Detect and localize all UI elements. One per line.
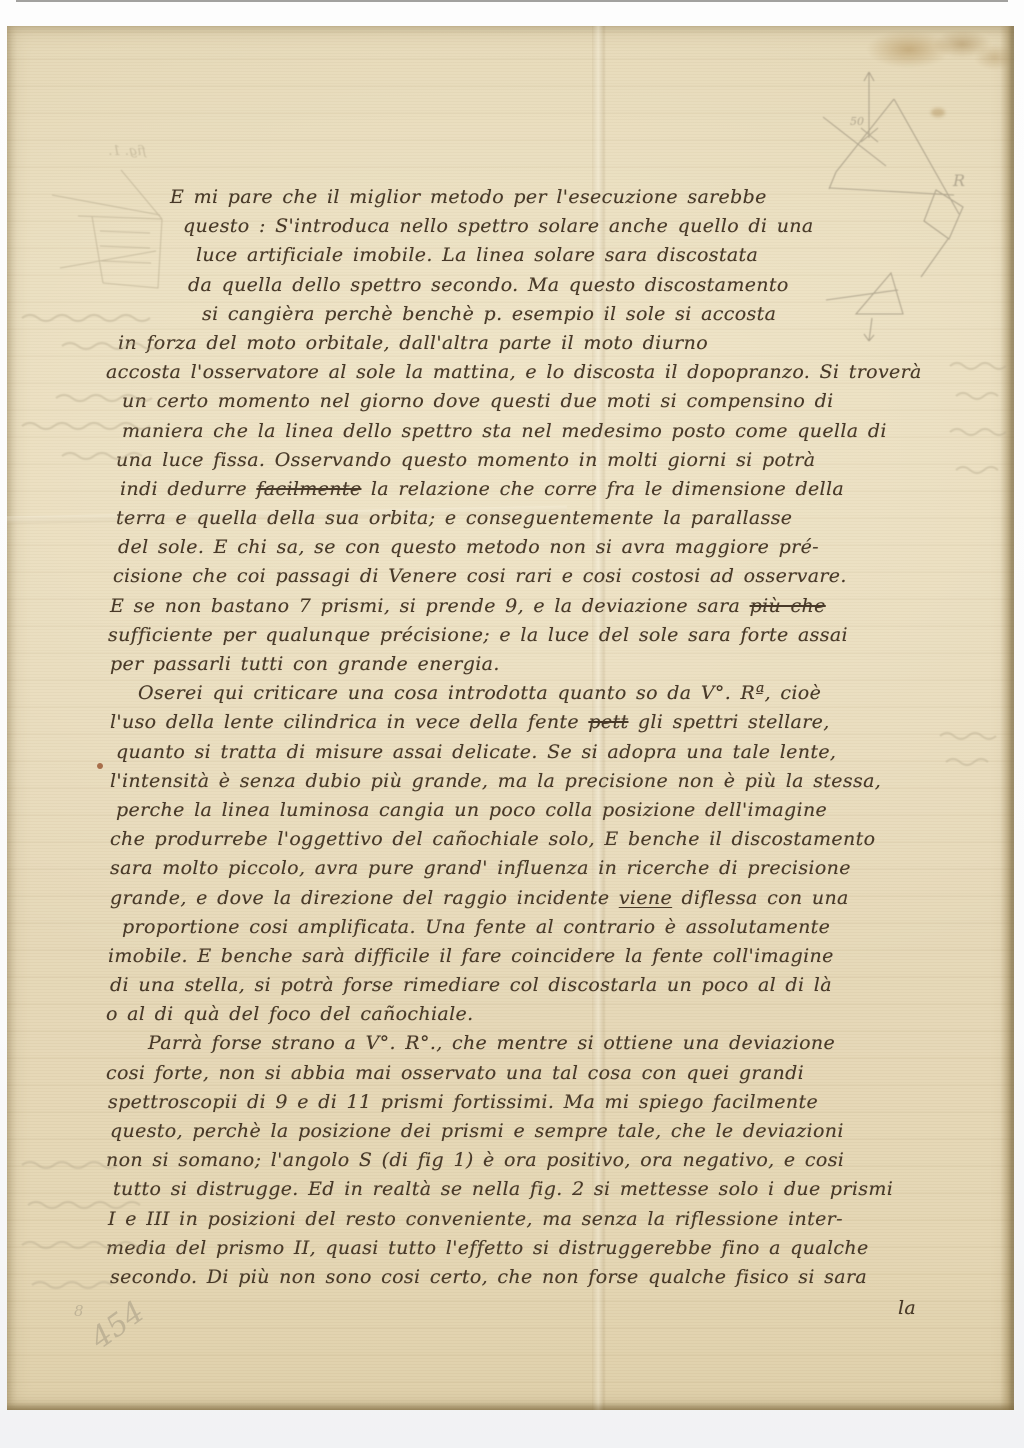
manuscript-line: da quella dello spettro secondo. Ma ques… — [7, 271, 1024, 300]
manuscript-line: che produrrebe l'oggettivo del cañochial… — [7, 825, 1024, 854]
manuscript-line: E se non bastano 7 prismi, si prende 9, … — [7, 592, 1024, 621]
manuscript-segment: da quella dello spettro secondo. Ma ques… — [188, 274, 789, 296]
manuscript-segment: spettroscopii di 9 e di 11 prismi fortis… — [108, 1091, 818, 1113]
manuscript-segment: tutto si distrugge. Ed in realtà se nell… — [113, 1178, 893, 1200]
manuscript-segment: accosta l'osservatore al sole la mattina… — [106, 361, 922, 383]
manuscript-line: E mi pare che il miglior metodo per l'es… — [7, 183, 1024, 212]
manuscript-line: una luce fissa. Osservando questo moment… — [7, 446, 1024, 475]
paper-bottom-edge — [7, 1403, 1014, 1410]
manuscript-line: proportione cosi amplificata. Una fente … — [7, 913, 1024, 942]
manuscript-line: cosi forte, non si abbia mai osservato u… — [7, 1059, 1024, 1088]
manuscript-line: secondo. Di più non sono cosi certo, che… — [7, 1263, 1024, 1292]
manuscript-segment: un certo momento nel giorno dove questi … — [122, 390, 834, 412]
manuscript-segment: quanto si tratta di misure assai delicat… — [116, 741, 836, 763]
manuscript-line: l'uso della lente cilindrica in vece del… — [7, 708, 1024, 737]
manuscript-line: I e III in posizioni del resto convenien… — [7, 1205, 1024, 1234]
manuscript-segment: terra e quella della sua orbita; e conse… — [116, 507, 792, 529]
manuscript-segment: E se non bastano 7 prismi, si prende 9, … — [110, 595, 750, 617]
manuscript-segment: gli spettri stellare, — [628, 711, 829, 733]
manuscript-line: terra e quella della sua orbita; e conse… — [7, 504, 1024, 533]
manuscript-segment: proportione cosi amplificata. Una fente … — [122, 916, 830, 938]
manuscript-segment: facilmente — [256, 478, 361, 500]
manuscript-line: Oserei qui criticare una cosa introdotta… — [7, 679, 1024, 708]
manuscript-segment: l'intensità è senza dubio più grande, ma… — [110, 770, 881, 792]
manuscript-line: o al di quà del foco del cañochiale. — [7, 1000, 1024, 1029]
manuscript-line: maniera che la linea dello spettro sta n… — [7, 417, 1024, 446]
manuscript-line: perche la linea luminosa cangia un poco … — [7, 796, 1024, 825]
manuscript-line: cisione che coi passagi di Venere cosi r… — [7, 562, 1024, 591]
handwritten-text-block: E mi pare che il miglior metodo per l'es… — [7, 183, 1024, 1292]
catchword: la — [898, 1297, 916, 1319]
manuscript-segment: questo, perchè la posizione dei prismi e… — [110, 1120, 844, 1142]
manuscript-segment: si cangièra perchè benchè p. esempio il … — [202, 303, 776, 325]
manuscript-segment: secondo. Di più non sono cosi certo, che… — [110, 1266, 867, 1288]
manuscript-line: spettroscopii di 9 e di 11 prismi fortis… — [7, 1088, 1024, 1117]
scan-edge-line — [16, 0, 1008, 2]
manuscript-segment: sara molto piccolo, avra pure grand' inf… — [110, 857, 851, 879]
manuscript-segment: una luce fissa. Osservando questo moment… — [116, 449, 815, 471]
manuscript-line: grande, e dove la direzione del raggio i… — [7, 884, 1024, 913]
small-stain — [931, 108, 945, 117]
manuscript-line: del sole. E chi sa, se con questo metodo… — [7, 533, 1024, 562]
manuscript-segment: più che — [750, 595, 826, 617]
manuscript-segment: diflessa con una — [672, 887, 849, 909]
manuscript-segment: che produrrebe l'oggettivo del cañochial… — [110, 828, 875, 850]
manuscript-segment: grande, e dove la direzione del raggio i… — [110, 887, 619, 909]
manuscript-line: Parrà forse strano a V°. R°., che mentre… — [7, 1029, 1024, 1058]
manuscript-line: sara molto piccolo, avra pure grand' inf… — [7, 854, 1024, 883]
manuscript-line: quanto si tratta di misure assai delicat… — [7, 738, 1024, 767]
manuscript-segment: cosi forte, non si abbia mai osservato u… — [106, 1062, 804, 1084]
manuscript-line: accosta l'osservatore al sole la mattina… — [7, 358, 1024, 387]
manuscript-segment: I e III in posizioni del resto convenien… — [108, 1208, 843, 1230]
manuscript-line: luce artificiale imobile. La linea solar… — [7, 241, 1024, 270]
manuscript-segment: indi dedurre — [120, 478, 256, 500]
manuscript-segment: perche la linea luminosa cangia un poco … — [116, 799, 827, 821]
manuscript-line: l'intensità è senza dubio più grande, ma… — [7, 767, 1024, 796]
manuscript-paper: E mi pare che il miglior metodo per l'es… — [7, 26, 1014, 1410]
manuscript-line: indi dedurre facilmente la relazione che… — [7, 475, 1024, 504]
manuscript-segment: Oserei qui criticare una cosa introdotta… — [138, 682, 821, 704]
manuscript-segment: imobile. E benche sarà difficile il fare… — [108, 945, 834, 967]
manuscript-segment: media del prismo II, quasi tutto l'effet… — [106, 1237, 869, 1259]
manuscript-segment: cisione che coi passagi di Venere cosi r… — [113, 565, 847, 587]
manuscript-line: questo, perchè la posizione dei prismi e… — [7, 1117, 1024, 1146]
manuscript-segment: non si somano; l'angolo S (di fig 1) è o… — [106, 1149, 844, 1171]
manuscript-segment: l'uso della lente cilindrica in vece del… — [110, 711, 588, 733]
manuscript-segment: Parrà forse strano a V°. R°., che mentre… — [148, 1032, 835, 1054]
manuscript-segment: la relazione che corre fra le dimensione… — [361, 478, 844, 500]
manuscript-segment: viene — [619, 887, 672, 909]
manuscript-segment: in forza del moto orbitale, dall'altra p… — [118, 332, 708, 354]
manuscript-segment: pett — [588, 711, 628, 733]
manuscript-line: imobile. E benche sarà difficile il fare… — [7, 942, 1024, 971]
manuscript-segment: del sole. E chi sa, se con questo metodo… — [118, 536, 819, 558]
manuscript-line: si cangièra perchè benchè p. esempio il … — [7, 300, 1024, 329]
manuscript-line: un certo momento nel giorno dove questi … — [7, 387, 1024, 416]
manuscript-segment: sufficiente per qualunque précisione; e … — [108, 624, 848, 646]
manuscript-line: per passarli tutti con grande energia. — [7, 650, 1024, 679]
manuscript-line: media del prismo II, quasi tutto l'effet… — [7, 1234, 1024, 1263]
scanned-letter-page: E mi pare che il miglior metodo per l'es… — [0, 0, 1024, 1448]
ink-stain — [852, 26, 1014, 78]
manuscript-segment: questo : S'introduca nello spettro solar… — [183, 215, 814, 237]
manuscript-line: questo : S'introduca nello spettro solar… — [7, 212, 1024, 241]
manuscript-line: in forza del moto orbitale, dall'altra p… — [7, 329, 1024, 358]
manuscript-line: di una stella, si potrà forse rimediare … — [7, 971, 1024, 1000]
manuscript-segment: E mi pare che il miglior metodo per l'es… — [170, 186, 767, 208]
manuscript-segment: per passarli tutti con grande energia. — [110, 653, 500, 675]
manuscript-segment: o al di quà del foco del cañochiale. — [106, 1003, 474, 1025]
manuscript-segment: maniera che la linea dello spettro sta n… — [122, 420, 887, 442]
manuscript-line: non si somano; l'angolo S (di fig 1) è o… — [7, 1146, 1024, 1175]
manuscript-segment: luce artificiale imobile. La linea solar… — [196, 244, 758, 266]
manuscript-segment: di una stella, si potrà forse rimediare … — [110, 974, 832, 996]
manuscript-line: tutto si distrugge. Ed in realtà se nell… — [7, 1175, 1024, 1204]
manuscript-line: sufficiente per qualunque précisione; e … — [7, 621, 1024, 650]
